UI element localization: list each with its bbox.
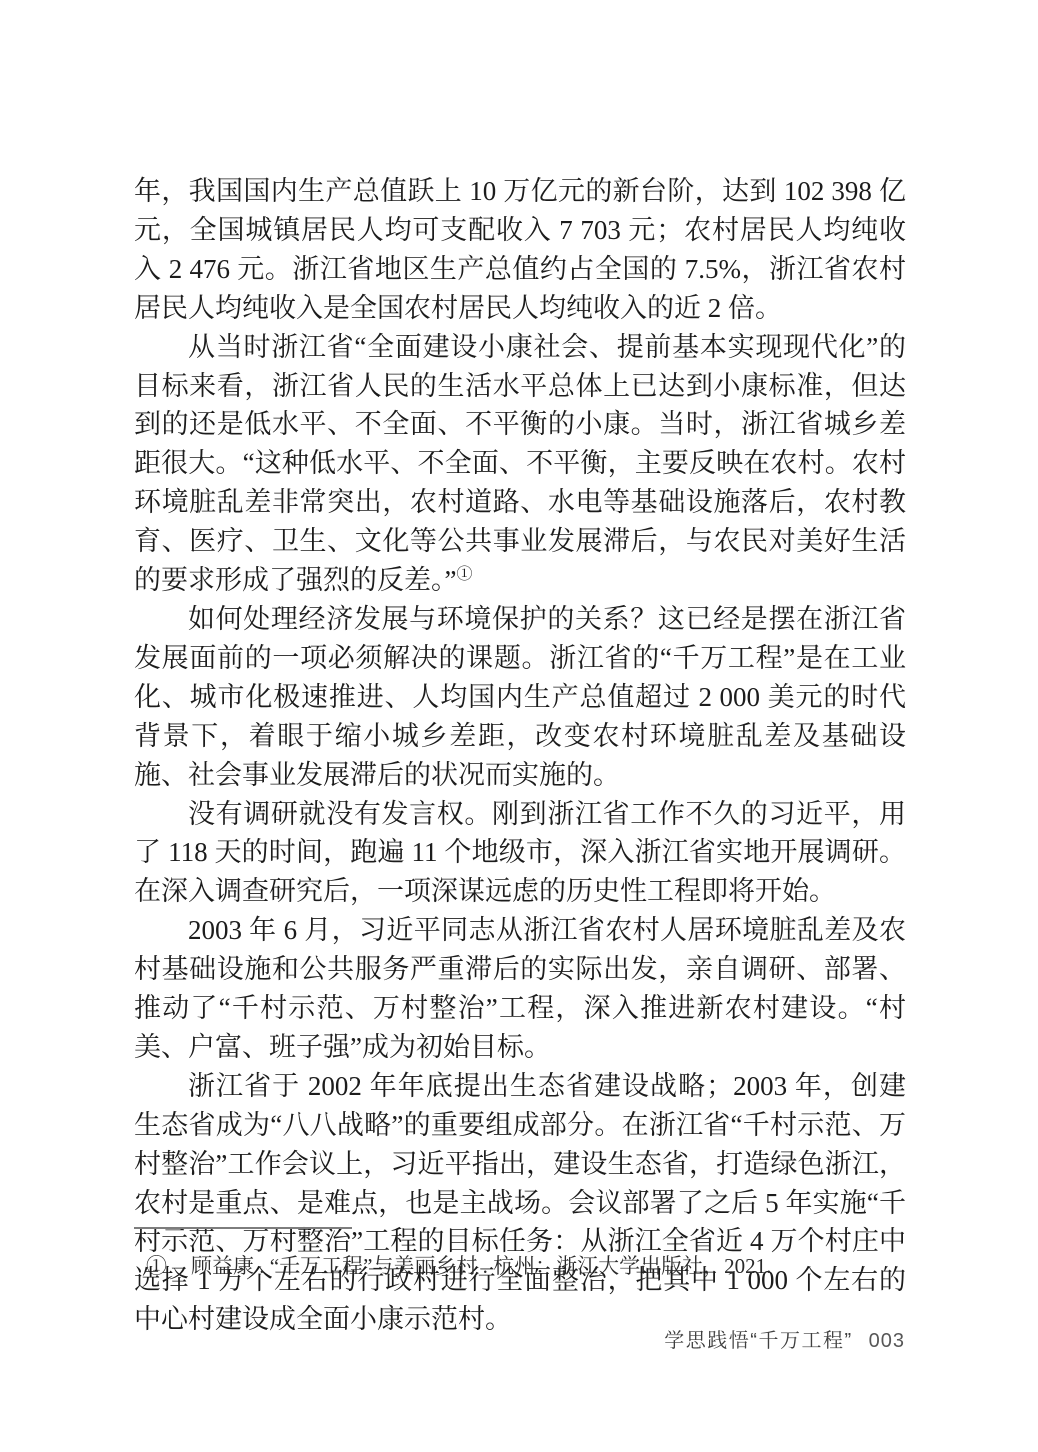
body-paragraph: 浙江省于 2002 年年底提出生态省建设战略；2003 年，创建生态省成为“八八… — [134, 1067, 906, 1339]
body-paragraph: 年，我国国内生产总值跃上 10 万亿元的新台阶，达到 102 398 亿元，全国… — [134, 172, 906, 328]
body-paragraph: 从当时浙江省“全面建设小康社会、提前基本实现现代化”的目标来看，浙江省人民的生活… — [134, 328, 906, 600]
paragraph-text: 从当时浙江省“全面建设小康社会、提前基本实现现代化”的目标来看，浙江省人民的生活… — [134, 332, 906, 595]
body-paragraph: 如何处理经济发展与环境保护的关系？这已经是摆在浙江省发展面前的一项必须解决的课题… — [134, 600, 906, 795]
body-text-block: 年，我国国内生产总值跃上 10 万亿元的新台阶，达到 102 398 亿元，全国… — [134, 172, 906, 1339]
footnote-text: 顾益康 . “千万工程”与美丽乡村 . 杭州：浙江大学出版社，2021. — [191, 1254, 771, 1278]
footnote-ref: ① — [456, 566, 472, 583]
paragraph-text: 2003 年 6 月，习近平同志从浙江省农村人居环境脏乱差及农村基础设施和公共服… — [134, 915, 906, 1062]
body-paragraph: 2003 年 6 月，习近平同志从浙江省农村人居环境脏乱差及农村基础设施和公共服… — [134, 911, 906, 1067]
paragraph-text: 年，我国国内生产总值跃上 10 万亿元的新台阶，达到 102 398 亿元，全国… — [134, 176, 906, 323]
page-number: 003 — [869, 1330, 905, 1352]
paragraph-text: 没有调研就没有发言权。刚到浙江省工作不久的习近平，用了 118 天的时间，跑遍 … — [134, 799, 906, 907]
page-footer: 学思践悟“千万工程”003 — [664, 1324, 905, 1353]
footnote-block: ①顾益康 . “千万工程”与美丽乡村 . 杭州：浙江大学出版社，2021. — [134, 1227, 906, 1281]
body-paragraph: 没有调研就没有发言权。刚到浙江省工作不久的习近平，用了 118 天的时间，跑遍 … — [134, 795, 906, 912]
footnote: ①顾益康 . “千万工程”与美丽乡村 . 杭州：浙江大学出版社，2021. — [134, 1251, 906, 1281]
footnote-marker: ① — [146, 1251, 167, 1281]
paragraph-text: 如何处理经济发展与环境保护的关系？这已经是摆在浙江省发展面前的一项必须解决的课题… — [134, 604, 906, 790]
paragraph-text: 浙江省于 2002 年年底提出生态省建设战略；2003 年，创建生态省成为“八八… — [134, 1071, 906, 1334]
running-title: 学思践悟“千万工程” — [664, 1330, 852, 1352]
footnote-divider — [134, 1227, 352, 1229]
book-page: 年，我国国内生产总值跃上 10 万亿元的新台阶，达到 102 398 亿元，全国… — [0, 0, 1038, 1452]
